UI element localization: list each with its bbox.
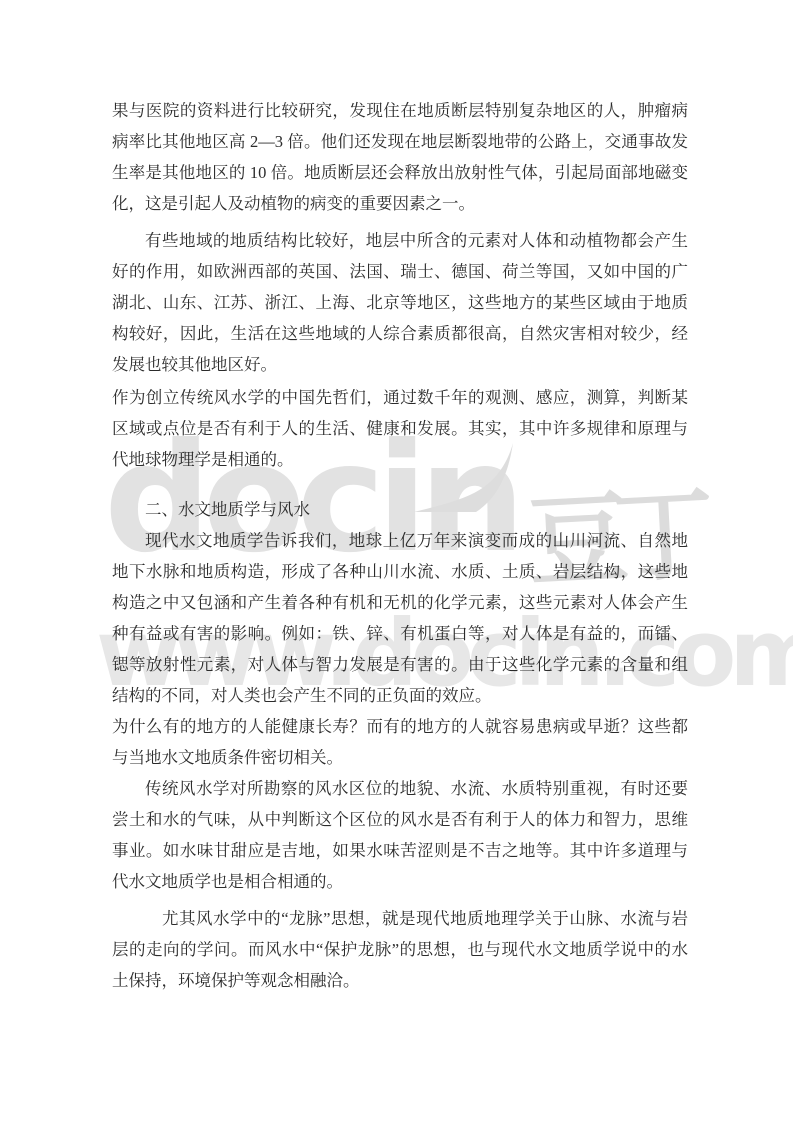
section-heading: 二、水文地质学与风水 (112, 494, 688, 525)
text-line: 病率比其他地区高 2—3 倍。他们还发现在地层断裂地带的公路上，交通事故发 (112, 126, 688, 157)
text-line: 湖北、山东、江苏、浙江、上海、北京等地区，这些地方的某些区域由于地质结 (112, 287, 688, 318)
text-line: 构造之中又包涵和产生着各种有机和无机的化学元素，这些元素对人体会产生各 (112, 587, 688, 618)
text-line: 结构的不同，对人类也会产生不同的正负面的效应。 (112, 680, 688, 711)
text-line: 作为创立传统风水学的中国先哲们，通过数千年的观测、感应，测算，判断某个 (112, 382, 688, 413)
text-line: 果与医院的资料进行比较研究，发现住在地质断层特别复杂地区的人，肿瘤病发 (112, 95, 688, 126)
document-page: docin 豆丁 www.docin.com 果与医院的资料进行比较研究，发现住… (0, 0, 793, 1122)
document-text: 果与医院的资料进行比较研究，发现住在地质断层特别复杂地区的人，肿瘤病发病率比其他… (112, 95, 688, 996)
text-line: 层的走向的学问。而风水中“保护龙脉”的思想，也与现代水文地质学说中的水 (112, 934, 688, 965)
text-line: 事业。如水味甘甜应是吉地，如果水味苦涩则是不吉之地等。其中许多道理与现 (112, 835, 688, 866)
text-line: 尤其风水学中的“龙脉”思想，就是现代地质地理学关于山脉、水流与岩 (112, 903, 688, 934)
text-line: 地下水脉和地质构造，形成了各种山川水流、水质、土质、岩层结构，这些地质 (112, 556, 688, 587)
text-line: 传统风水学对所勘察的风水区位的地貌、水流、水质特别重视，有时还要闻 (112, 773, 688, 804)
text-line: 土保持，环境保护等观念相融洽。 (112, 965, 688, 996)
text-line: 代地球物理学是相通的。 (112, 444, 688, 475)
text-line: 代水文地质学也是相合相通的。 (112, 866, 688, 897)
text-line: 生率是其他地区的 10 倍。地质断层还会释放出放射性气体，引起局面部地磁变 (112, 157, 688, 188)
text-line: 现代水文地质学告诉我们，地球上亿万年来演变而成的山川河流、自然地貌、 (112, 525, 688, 556)
text-line: 为什么有的地方的人能健康长寿？而有的地方的人就容易患病或早逝？这些都 (112, 711, 688, 742)
text-line: 发展也较其他地区好。 (112, 349, 688, 380)
text-line: 区域或点位是否有利于人的生活、健康和发展。其实，其中许多规律和原理与现 (112, 413, 688, 444)
text-line: 好的作用，如欧洲西部的英国、法国、瑞士、德国、荷兰等国，又如中国的广东、 (112, 256, 688, 287)
text-line: 种有益或有害的影响。例如：铁、锌、有机蛋白等，对人体是有益的，而镭、氡、 (112, 618, 688, 649)
text-line: 有些地域的地质结构比较好，地层中所含的元素对人体和动植物都会产生良 (112, 225, 688, 256)
text-line: 构较好，因此，生活在这些地域的人综合素质都很高，自然灾害相对较少，经济 (112, 318, 688, 349)
text-line: 尝土和水的气味，从中判断这个区位的风水是否有利于人的体力和智力，思维和 (112, 804, 688, 835)
text-line: 锶等放射性元素，对人体与智力发展是有害的。由于这些化学元素的含量和组合 (112, 649, 688, 680)
text-line: 化，这是引起人及动植物的病变的重要因素之一。 (112, 188, 688, 219)
text-line: 与当地水文地质条件密切相关。 (112, 742, 688, 773)
